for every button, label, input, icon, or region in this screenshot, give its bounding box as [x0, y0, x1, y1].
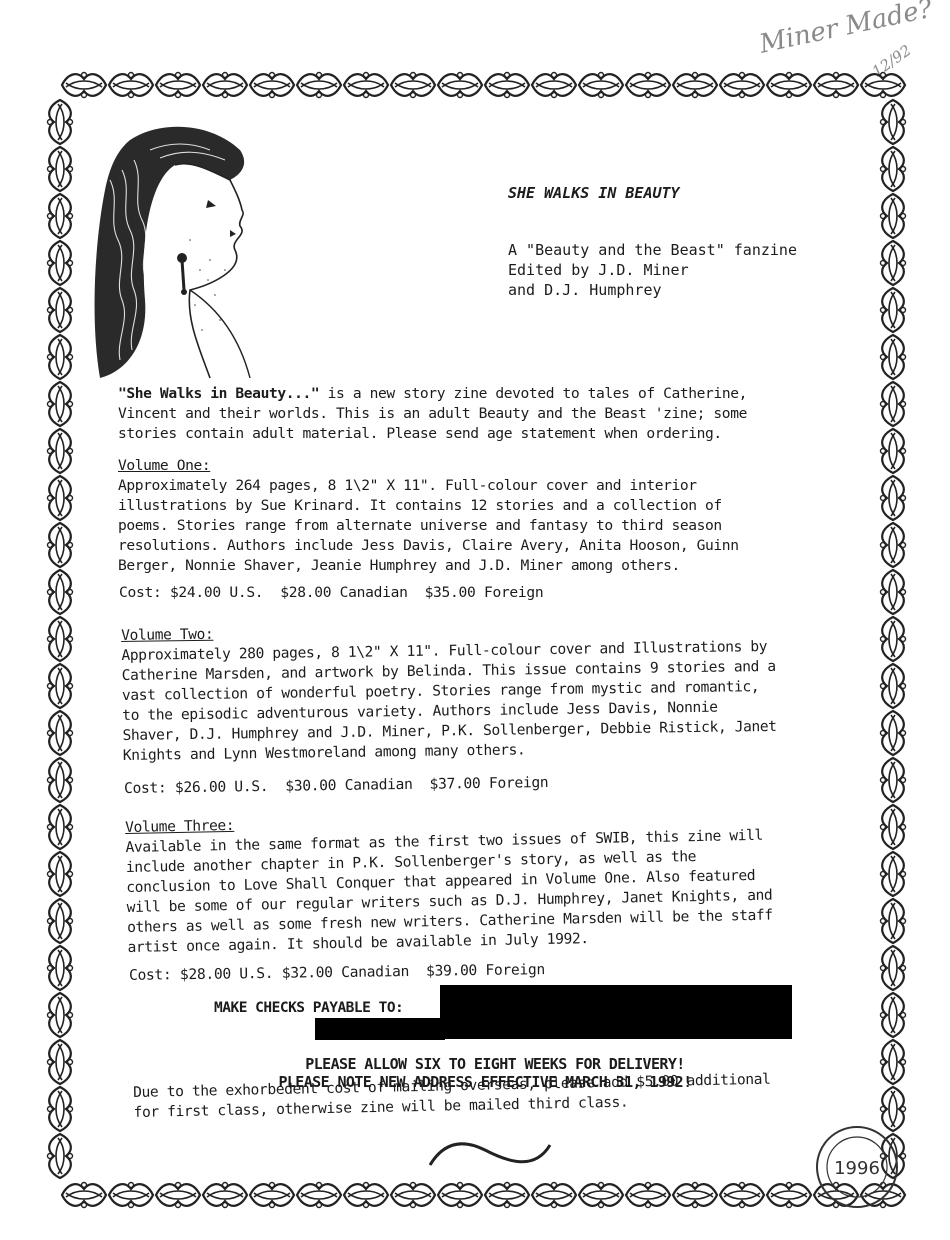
intro-line1: is a new story zine devoted to tales of …	[319, 385, 747, 402]
volume-two-section: Volume Two: Approximately 280 pages, 8 1…	[121, 616, 863, 766]
redacted-payee	[440, 985, 792, 1039]
volume-one-section: Volume One: Approximately 264 pages, 8 1…	[118, 456, 858, 576]
subtitle-line-1: A "Beauty and the Beast" fanzine	[508, 241, 797, 259]
zine-title: SHE WALKS IN BEAUTY	[508, 184, 680, 202]
cost-label: Cost:	[119, 584, 161, 601]
cost-us: $28.00 U.S.	[180, 965, 274, 983]
cost-us: $26.00 U.S.	[175, 778, 269, 796]
cost-us: $24.00 U.S.	[170, 584, 263, 601]
redacted-payee-extension	[315, 1018, 445, 1040]
cost-canadian: $30.00 Canadian	[285, 776, 413, 795]
volume-three-heading: Volume Three:	[125, 817, 234, 836]
subtitle-line-3: and D.J. Humphrey	[508, 281, 662, 299]
decorative-swash-icon	[425, 1135, 565, 1175]
stamp-text: 1996	[834, 1158, 880, 1179]
postmark-stamp-icon: 1996	[812, 1122, 902, 1212]
volume-three-section: Volume Three: Available in the same form…	[125, 804, 868, 958]
portrait-illustration	[90, 120, 270, 380]
subtitle-line-2: Edited by J.D. Miner	[508, 261, 689, 279]
intro-line3: stories contain adult material. Please s…	[118, 425, 722, 442]
cost-label: Cost:	[129, 966, 172, 984]
volume-one-line: resolutions. Authors include Jess Davis,…	[118, 537, 739, 554]
volume-one-line: illustrations by Sue Krinard. It contain…	[118, 497, 722, 514]
cost-label: Cost:	[124, 779, 167, 797]
volume-one-cost: Cost: $24.00 U.S. $28.00 Canadian $35.00…	[119, 584, 543, 601]
volume-two-line: Knights and Lynn Westmoreland among many…	[123, 741, 526, 764]
cost-foreign: $37.00 Foreign	[429, 774, 548, 793]
volume-one-heading: Volume One:	[118, 457, 210, 474]
volume-two-heading: Volume Two:	[121, 626, 213, 644]
volume-one-line: Berger, Nonnie Shaver, Jeanie Humphrey a…	[118, 557, 680, 574]
make-checks-payable-label: MAKE CHECKS PAYABLE TO:	[214, 1000, 403, 1016]
cost-canadian: $28.00 Canadian	[280, 584, 407, 601]
intro-line2: Vincent and their worlds. This is an adu…	[118, 405, 747, 422]
intro-paragraph: "She Walks in Beauty..." is a new story …	[118, 384, 858, 444]
cost-foreign: $39.00 Foreign	[426, 961, 545, 980]
volume-one-line: Approximately 264 pages, 8 1\2" X 11". F…	[118, 477, 697, 494]
zine-subtitle: A "Beauty and the Beast" fanzine Edited …	[508, 240, 797, 300]
cost-foreign: $35.00 Foreign	[425, 584, 544, 601]
delivery-notice: PLEASE ALLOW SIX TO EIGHT WEEKS FOR DELI…	[20, 1055, 950, 1073]
intro-lead: "She Walks in Beauty..."	[118, 385, 319, 402]
cost-canadian: $32.00 Canadian	[282, 963, 410, 982]
volume-one-line: poems. Stories range from alternate univ…	[118, 517, 722, 534]
